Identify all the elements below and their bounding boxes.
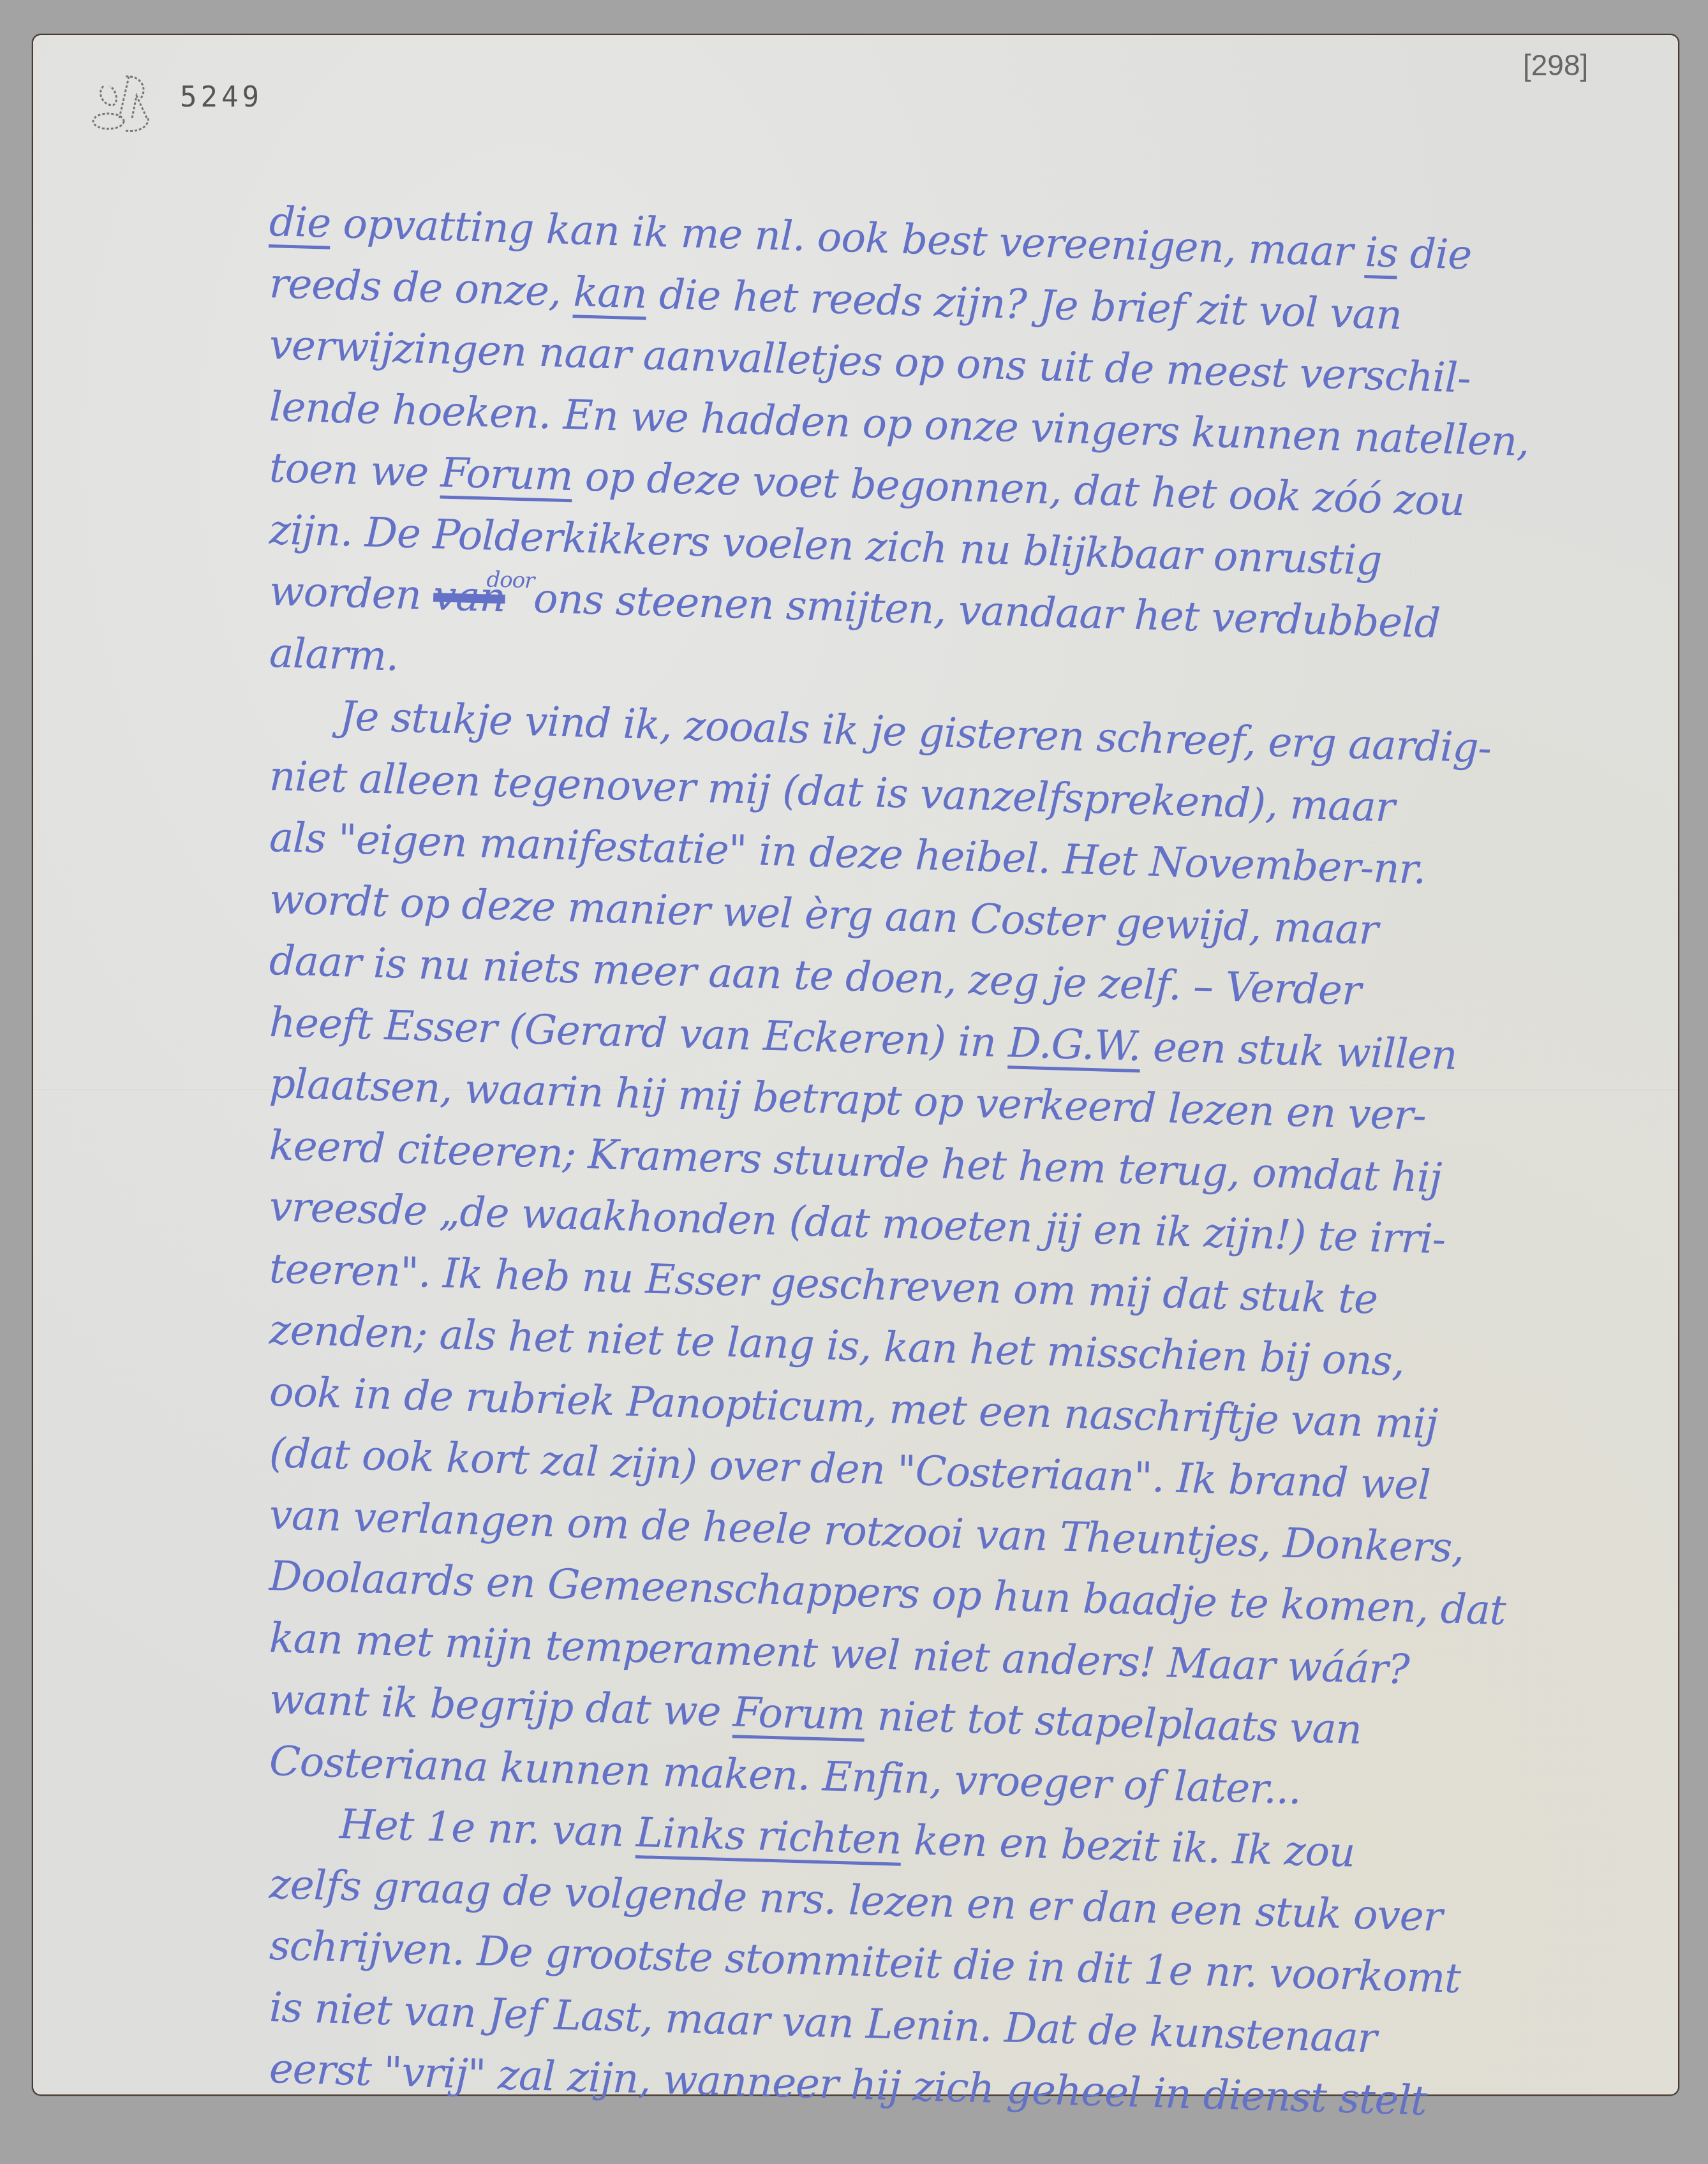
letter-page: 5249 [298] die opvatting kan ik me nl. o… <box>32 34 1679 2096</box>
archive-monogram-stamp-icon <box>91 70 161 134</box>
page-number: [298] <box>1523 48 1588 82</box>
inserted-word: door <box>486 567 535 594</box>
archive-number: 5249 <box>180 81 263 114</box>
handwritten-letter-body: die opvatting kan ik me nl. ook best ver… <box>269 191 1647 2100</box>
